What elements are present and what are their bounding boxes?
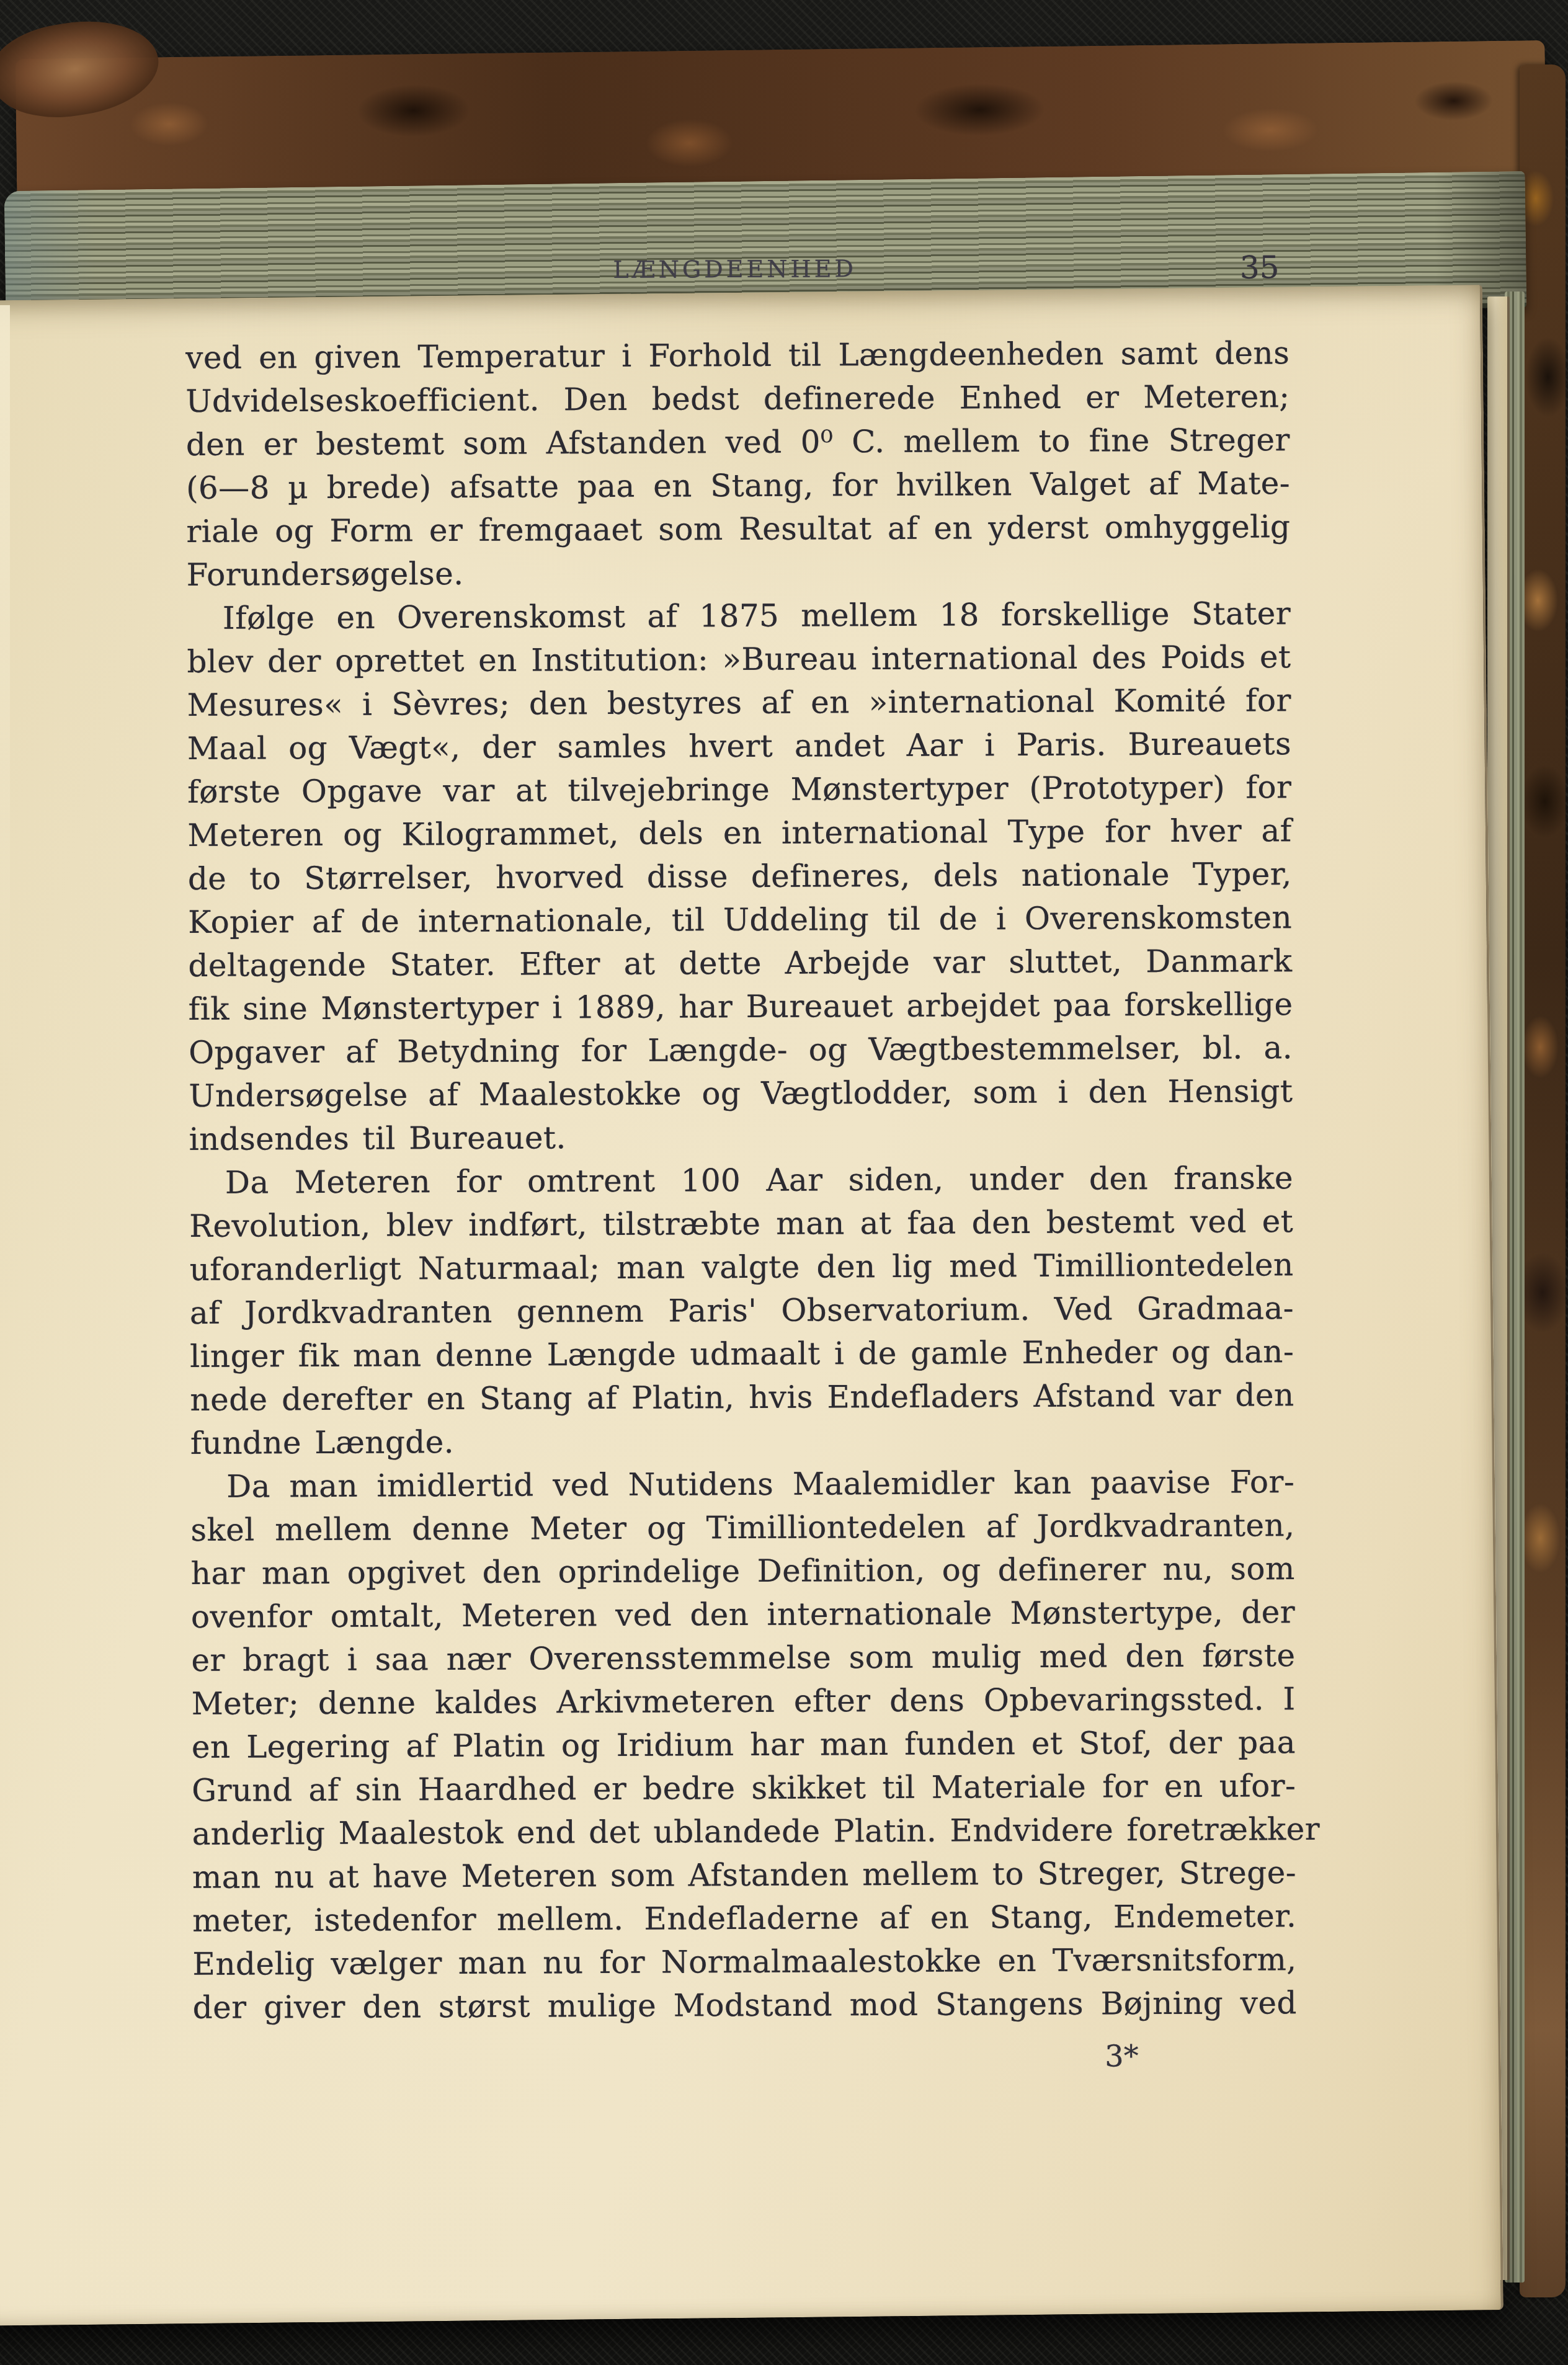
text-line: Meteren og Kilogrammet, dels en internat… [187, 809, 1291, 857]
text-line: uforanderligt Naturmaal; man valgte den … [189, 1243, 1293, 1291]
page-header-row: LÆNGDEENHED 35 [185, 253, 1289, 295]
text-line: har man opgivet den oprindelige Definiti… [191, 1547, 1295, 1595]
page-left-edge-highlight [0, 305, 10, 1080]
body-text: ved en given Temperatur i Forhold til Læ… [185, 331, 1297, 2029]
text-line: Ifølge en Overenskomst af 1875 mellem 18… [187, 592, 1291, 640]
text-line: Da Meteren for omtrent 100 Aar siden, un… [189, 1156, 1293, 1205]
text-line: Undersøgelse af Maalestokke og Vægtlodde… [189, 1069, 1293, 1118]
text-line: Kopier af de internationale, til Uddelin… [188, 896, 1292, 944]
text-line: Udvidelseskoefficient. Den bedst definer… [185, 375, 1290, 423]
text-line: Opgaver af Betydning for Længde- og Vægt… [189, 1026, 1293, 1074]
book-cover-right-edge [1520, 65, 1566, 2297]
page-content: LÆNGDEENHED 35 ved en given Temperatur i… [184, 0, 1299, 2365]
text-line: ovenfor omtalt, Meteren ved den internat… [191, 1590, 1295, 1639]
text-line: deltagende Stater. Efter at dette Arbejd… [188, 939, 1292, 987]
text-line: indsendes til Bureauet. [189, 1113, 1293, 1161]
text-line: skel mellem denne Meter og Timilliontede… [190, 1503, 1294, 1552]
text-line: riale og Form er fremgaaet som Resultat … [186, 505, 1290, 553]
text-line: ved en given Temperatur i Forhold til Læ… [185, 331, 1290, 380]
text-line: er bragt i saa nær Overensstemmelse som … [191, 1634, 1295, 1682]
text-line: en Legering af Platin og Iridium har man… [192, 1721, 1296, 1769]
running-header: LÆNGDEENHED [613, 255, 857, 283]
text-line: fundne Længde. [190, 1417, 1294, 1465]
text-line: den er bestemt som Afstanden ved 0⁰ C. m… [186, 418, 1290, 466]
text-line: Maal og Vægt«, der samles hvert andet Aa… [187, 722, 1291, 770]
text-line: fik sine Mønstertyper i 1889, har Bureau… [189, 982, 1293, 1031]
text-line: blev der oprettet en Institution: »Burea… [187, 635, 1291, 684]
text-line: Endelig vælger man nu for Normalmaalesto… [192, 1938, 1296, 1986]
text-line: de to Størrelser, hvorved disse definere… [188, 852, 1292, 901]
text-line: Da man imidlertid ved Nutidens Maalemidl… [190, 1460, 1294, 1508]
signature-mark: 3* [1105, 2039, 1139, 2073]
page-number: 35 [1240, 249, 1280, 285]
text-line: meter, istedenfor mellem. Endefladerne a… [192, 1894, 1296, 1943]
book-scan-scene: LÆNGDEENHED 35 ved en given Temperatur i… [0, 0, 1568, 2365]
text-line: (6—8 µ brede) afsatte paa en Stang, for … [186, 461, 1290, 510]
text-line: Meter; denne kaldes Arkivmeteren efter d… [192, 1677, 1296, 1726]
text-line: Forundersøgelse. [187, 548, 1291, 597]
text-line: Mesures« i Sèvres; den bestyres af en »i… [187, 679, 1291, 727]
text-line: første Opgave var at tilvejebringe Mønst… [187, 765, 1291, 814]
text-line: Grund af sin Haardhed er bedre skikket t… [192, 1764, 1296, 1812]
text-line: der giver den størst mulige Modstand mod… [193, 1981, 1297, 2029]
text-line: anderlig Maalestok end det ublandede Pla… [192, 1807, 1296, 1856]
text-line: af Jordkvadranten gennem Paris' Observat… [190, 1286, 1294, 1335]
text-line: nede derefter en Stang af Platin, hvis E… [190, 1373, 1294, 1422]
text-line: Revolution, blev indført, tilstræbte man… [189, 1200, 1293, 1248]
text-line: man nu at have Meteren som Afstanden mel… [192, 1851, 1296, 1899]
text-line: linger fik man denne Længde udmaalt i de… [190, 1330, 1294, 1378]
